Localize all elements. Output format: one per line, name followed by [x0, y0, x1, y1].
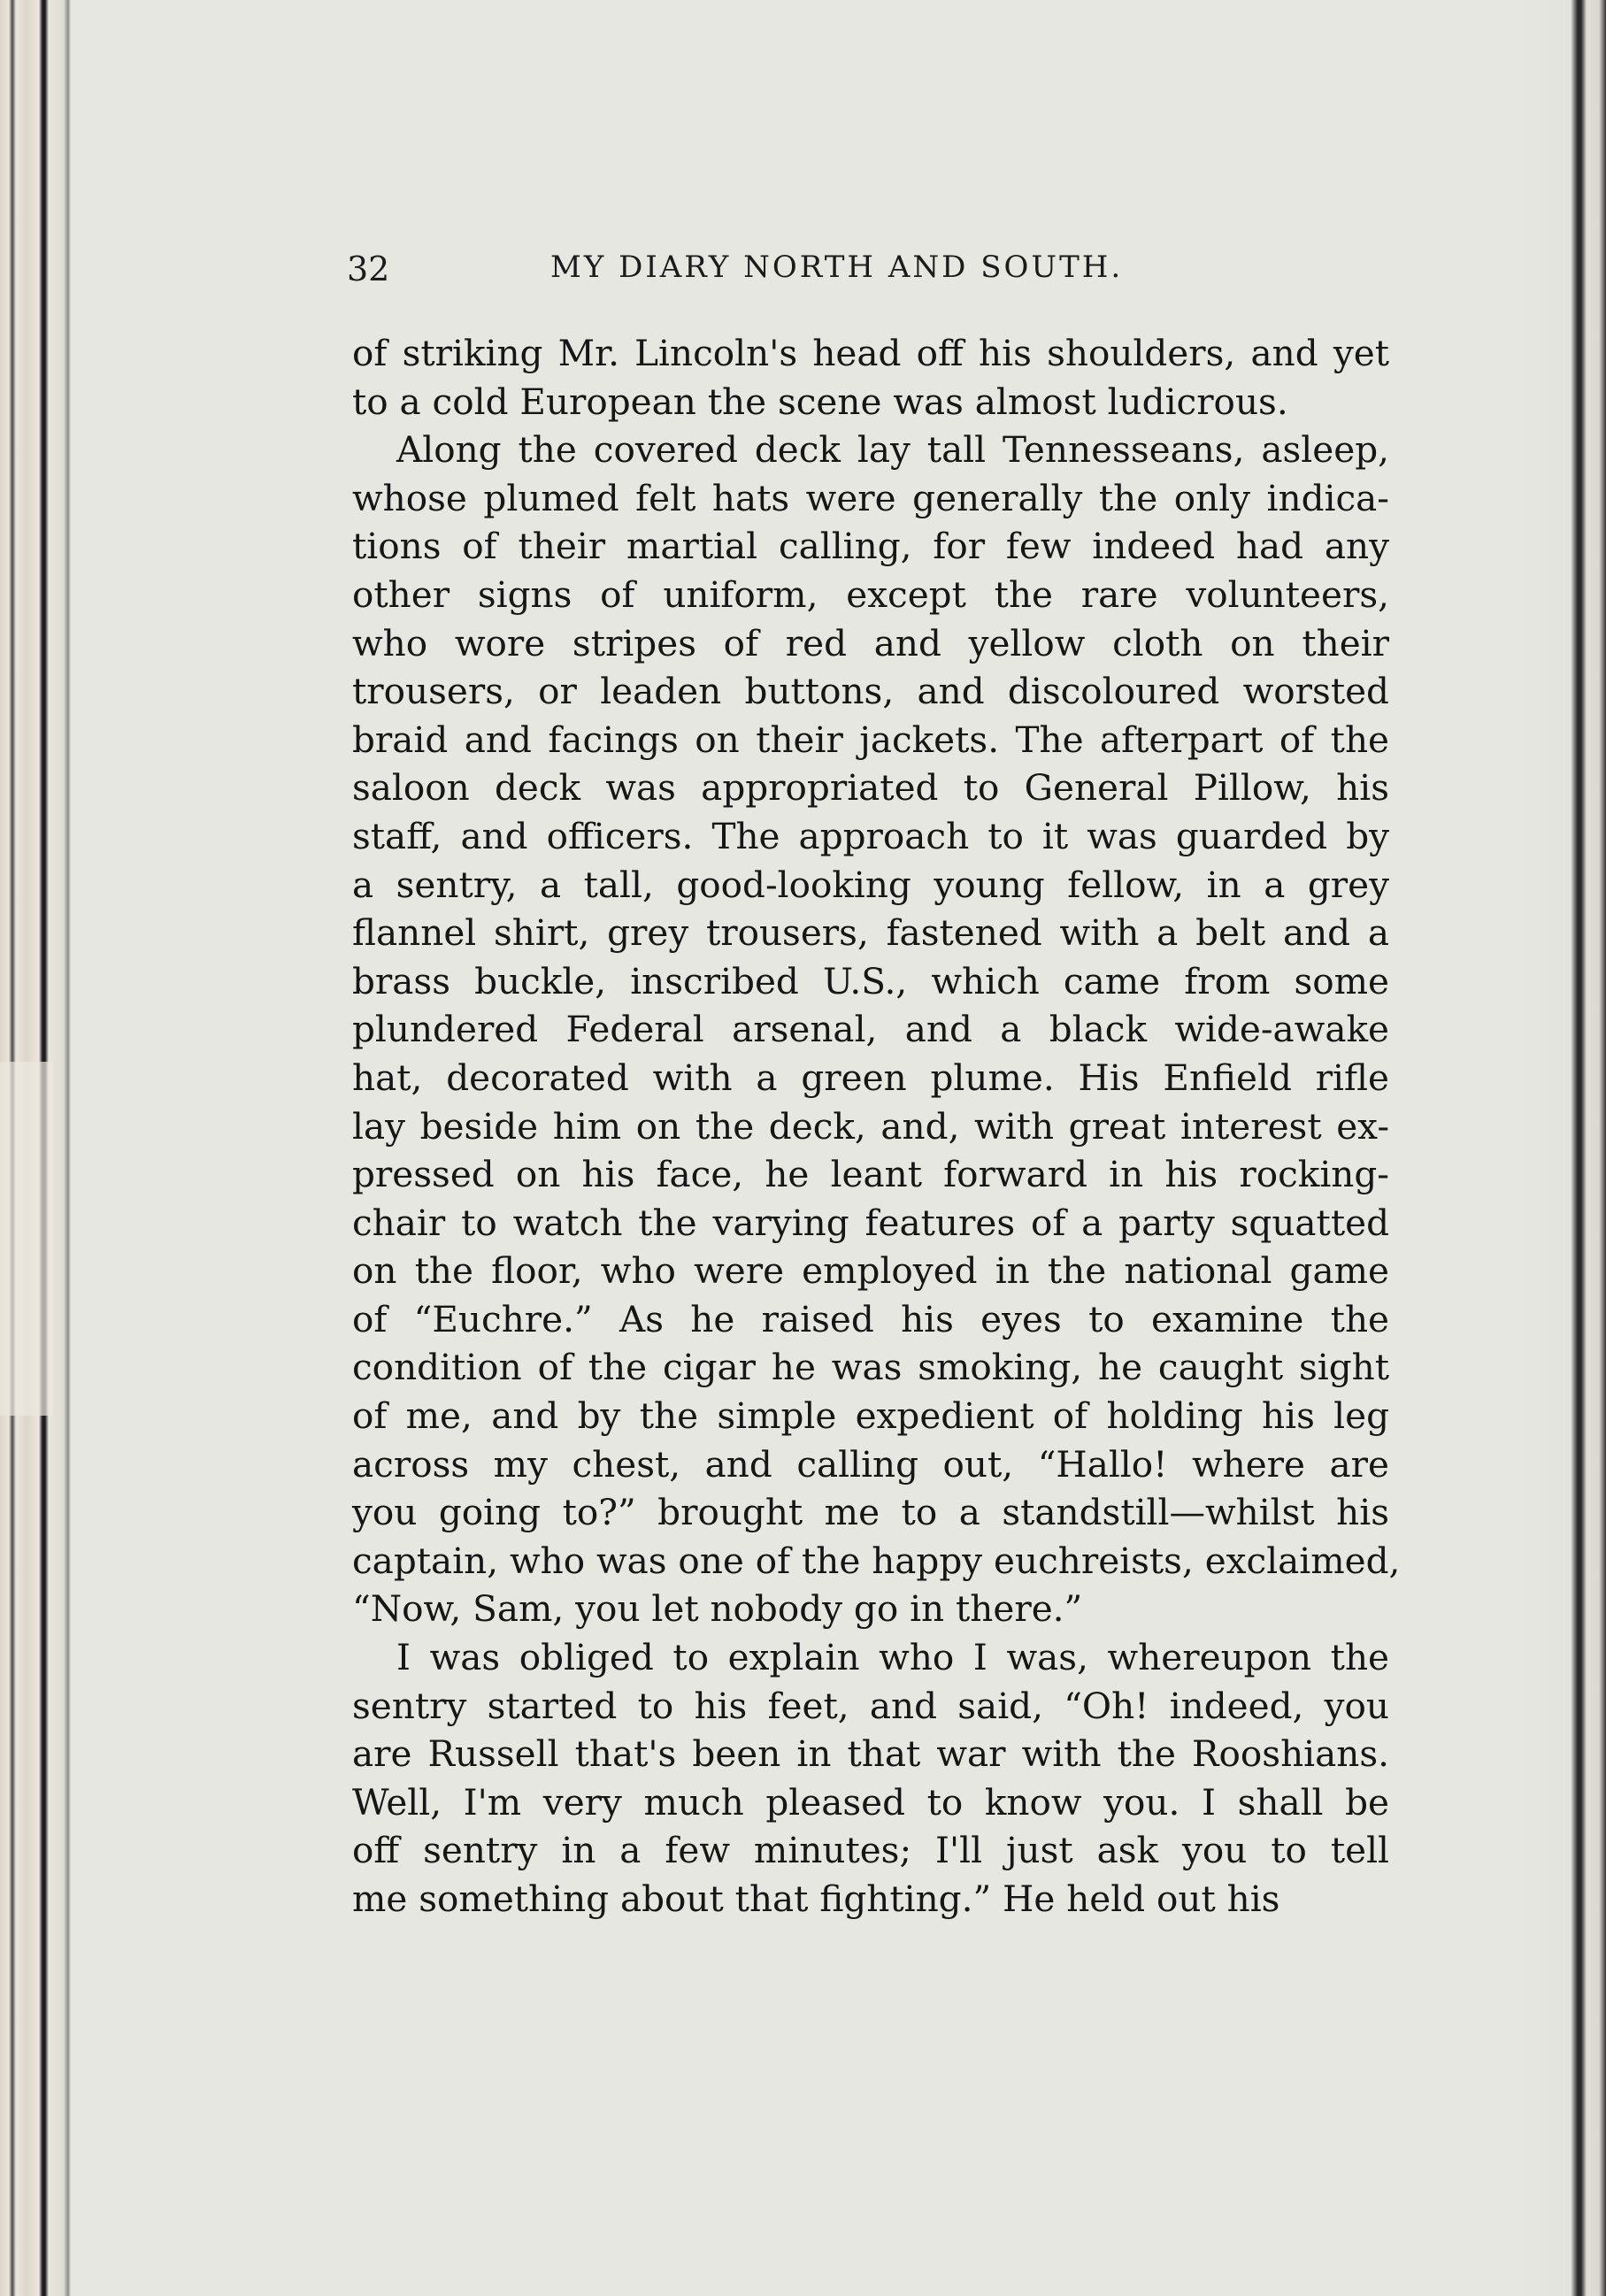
- text-line: are Russell that's been in that war with…: [352, 1730, 1389, 1778]
- text-line: tions of their martial calling, for few …: [352, 522, 1389, 571]
- text-line: chair to watch the varying features of a…: [352, 1199, 1389, 1248]
- text-line: who wore stripes of red and yellow cloth…: [352, 619, 1389, 668]
- text-line: I was obliged to explain who I was, wher…: [352, 1633, 1389, 1682]
- text-line: brass buckle, inscribed U.S., which came…: [352, 957, 1389, 1006]
- text-line: pressed on his face, he leant forward in…: [352, 1150, 1389, 1199]
- text-line: to a cold European the scene was almost …: [352, 378, 1389, 426]
- text-line: condition of the cigar he was smoking, h…: [352, 1343, 1389, 1392]
- text-line: saloon deck was appropriated to General …: [352, 764, 1389, 812]
- text-line: whose plumed felt hats were generally th…: [352, 474, 1389, 523]
- text-line: of me, and by the simple expedient of ho…: [352, 1392, 1389, 1440]
- text-line: of striking Mr. Lincoln's head off his s…: [352, 329, 1389, 378]
- text-line: braid and facings on their jackets. The …: [352, 716, 1389, 764]
- page-header: 32 MY DIARY NORTH AND SOUTH.: [347, 250, 1391, 294]
- page-number: 32: [347, 250, 389, 288]
- text-line: staff, and officers. The approach to it …: [352, 812, 1389, 861]
- text-line: “Now, Sam, you let nobody go in there.”: [352, 1585, 1389, 1633]
- text-line: plundered Federal arsenal, and a black w…: [352, 1005, 1389, 1054]
- text-line: lay beside him on the deck, and, with gr…: [352, 1102, 1389, 1151]
- running-title: MY DIARY NORTH AND SOUTH.: [550, 250, 1123, 285]
- text-line: sentry started to his feet, and said, “O…: [352, 1682, 1389, 1731]
- text-line: hat, decorated with a green plume. His E…: [352, 1054, 1389, 1102]
- text-line: Well, I'm very much pleased to know you.…: [352, 1778, 1389, 1827]
- text-line: Along the covered deck lay tall Tennesse…: [352, 426, 1389, 474]
- text-line: trousers, or leaden buttons, and discolo…: [352, 667, 1389, 716]
- text-line: captain, who was one of the happy euchre…: [352, 1537, 1389, 1586]
- paragraph: of striking Mr. Lincoln's head off his s…: [352, 329, 1389, 426]
- text-line: of “Euchre.” As he raised his eyes to ex…: [352, 1295, 1389, 1344]
- text-line: other signs of uniform, except the rare …: [352, 571, 1389, 619]
- text-line: a sentry, a tall, good-looking young fel…: [352, 861, 1389, 910]
- text-line: on the floor, who were employed in the n…: [352, 1247, 1389, 1295]
- paragraph: I was obliged to explain who I was, wher…: [352, 1633, 1389, 1924]
- text-line: flannel shirt, grey trousers, fastened w…: [352, 909, 1389, 957]
- text-line: you going to?” brought me to a standstil…: [352, 1488, 1389, 1537]
- body-text: of striking Mr. Lincoln's head off his s…: [352, 329, 1389, 1924]
- text-line: across my chest, and calling out, “Hallo…: [352, 1440, 1389, 1489]
- book-page: 32 MY DIARY NORTH AND SOUTH. of striking…: [0, 0, 1606, 2296]
- text-line: off sentry in a few minutes; I'll just a…: [352, 1826, 1389, 1875]
- paragraph: Along the covered deck lay tall Tennesse…: [352, 426, 1389, 1633]
- text-line: me something about that fighting.” He he…: [352, 1875, 1389, 1924]
